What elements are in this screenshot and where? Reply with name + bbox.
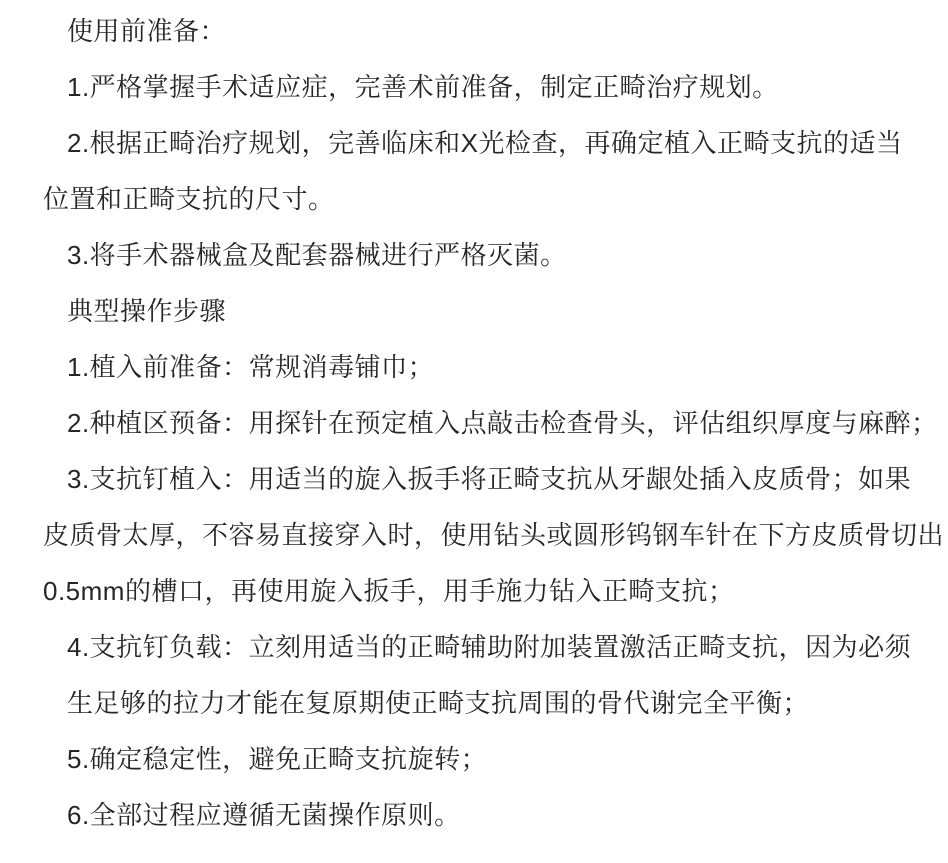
text-line: 使用前准备： <box>0 3 948 59</box>
text-line: 1.严格掌握手术适应症，完善术前准备，制定正畸治疗规划。 <box>0 59 948 115</box>
text-line: 生足够的拉力才能在复原期使正畸支抗周围的骨代谢完全平衡； <box>0 675 948 731</box>
text-line: 2.种植区预备：用探针在预定植入点敲击检查骨头，评估组织厚度与麻醉； <box>0 395 948 451</box>
text-line: 位置和正畸支抗的尺寸。 <box>0 171 948 227</box>
text-line: 5.确定稳定性，避免正畸支抗旋转； <box>0 731 948 787</box>
text-line: 3.支抗钉植入：用适当的旋入扳手将正畸支抗从牙龈处插入皮质骨；如果 <box>0 451 948 507</box>
text-line: 0.5mm的槽口，再使用旋入扳手，用手施力钻入正畸支抗； <box>0 563 948 619</box>
text-line: 1.植入前准备：常规消毒铺巾； <box>0 339 948 395</box>
text-line: 4.支抗钉负载：立刻用适当的正畸辅助附加装置激活正畸支抗，因为必须 <box>0 619 948 675</box>
text-line: 6.全部过程应遵循无菌操作原则。 <box>0 787 948 843</box>
text-line: 典型操作步骤 <box>0 283 948 339</box>
document-body: 使用前准备：1.严格掌握手术适应症，完善术前准备，制定正畸治疗规划。2.根据正畸… <box>0 0 948 863</box>
text-line: 2.根据正畸治疗规划，完善临床和X光检查，再确定植入正畸支抗的适当 <box>0 115 948 171</box>
text-line: 3.将手术器械盒及配套器械进行严格灭菌。 <box>0 227 948 283</box>
text-line: 皮质骨太厚，不容易直接穿入时，使用钻头或圆形钨钢车针在下方皮质骨切出 <box>0 507 948 563</box>
